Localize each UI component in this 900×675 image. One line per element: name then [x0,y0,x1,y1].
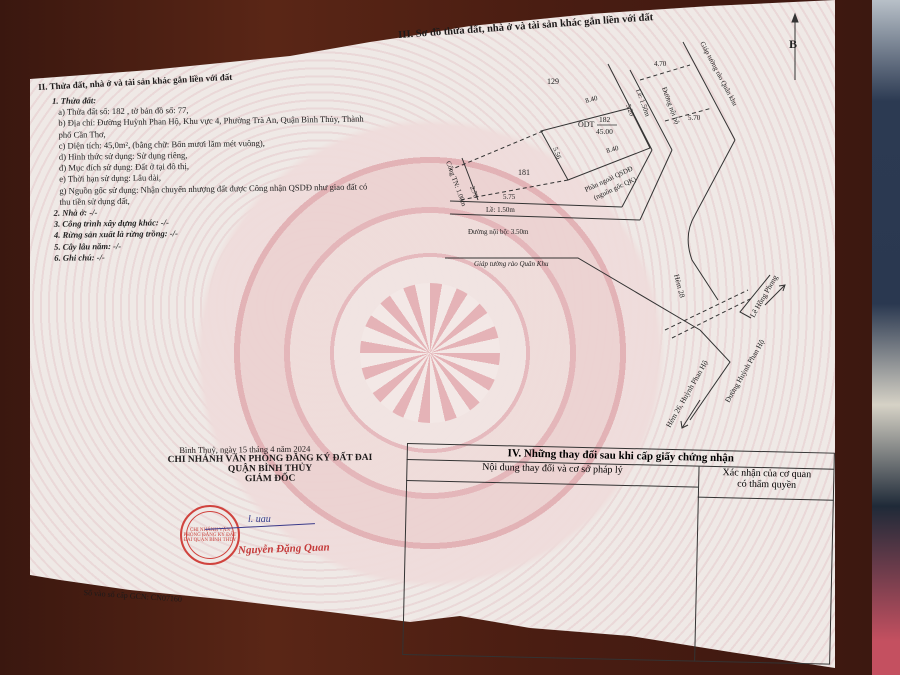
dim-lower-left: 2.70 [468,185,480,200]
authority-column-header: Xác nhận của cơ quan có thẩm quyền [698,467,835,501]
parcel-number: 182 [599,115,611,124]
giap-tuong-rao-label: Giáp tường rào Quân Khu [474,260,549,268]
giap-tuong-rao-vertical-label: Giáp tường rào Quân khu [698,40,739,107]
dim-lower-bottom: 5.75 [503,193,516,201]
duong-noi-bo-vertical-label: Đường nội bộ [660,86,681,126]
le-right-label: Lề: 1.50m [634,88,652,118]
le-bottom-label: Lề: 1.50m [486,206,515,214]
neighbor-north-label: 129 [547,77,559,86]
parcel-code: ODT [578,120,595,129]
changes-table: IV. Những thay đổi sau khi cấp giấy chứn… [402,443,835,665]
north-label: B [789,37,797,51]
duong-noi-bo-label: Đường nội bộ: 3.50m [468,228,529,236]
dim-bottom: 8.40 [605,144,619,155]
parcel-area: 45.00 [596,127,613,136]
dim-top: 8.40 [584,94,598,105]
dim-road-top: 4.70 [654,60,667,68]
official-red-stamp: CHI NHÁNH VĂN PHÒNG ĐĂNG KÝ ĐẤT ĐAI QUẬN… [180,505,240,565]
duong-huynh-phan-ho-label: Đường Huỳnh Phan Hộ [723,338,766,404]
handwritten-signature: l. uau [248,514,271,525]
dim-road-mid: 5.70 [688,114,701,122]
neighbor-south-label: 181 [518,168,530,177]
dim-left: 5.56 [551,146,563,161]
hem28-label: Hẻm 28 [672,273,687,299]
hem26-label: Hẻm 26, Huỳnh Phan Hộ [664,358,710,429]
signature-block: Bình Thuỷ, ngày 15 tháng 4 năm 2024 CHI … [140,443,400,486]
